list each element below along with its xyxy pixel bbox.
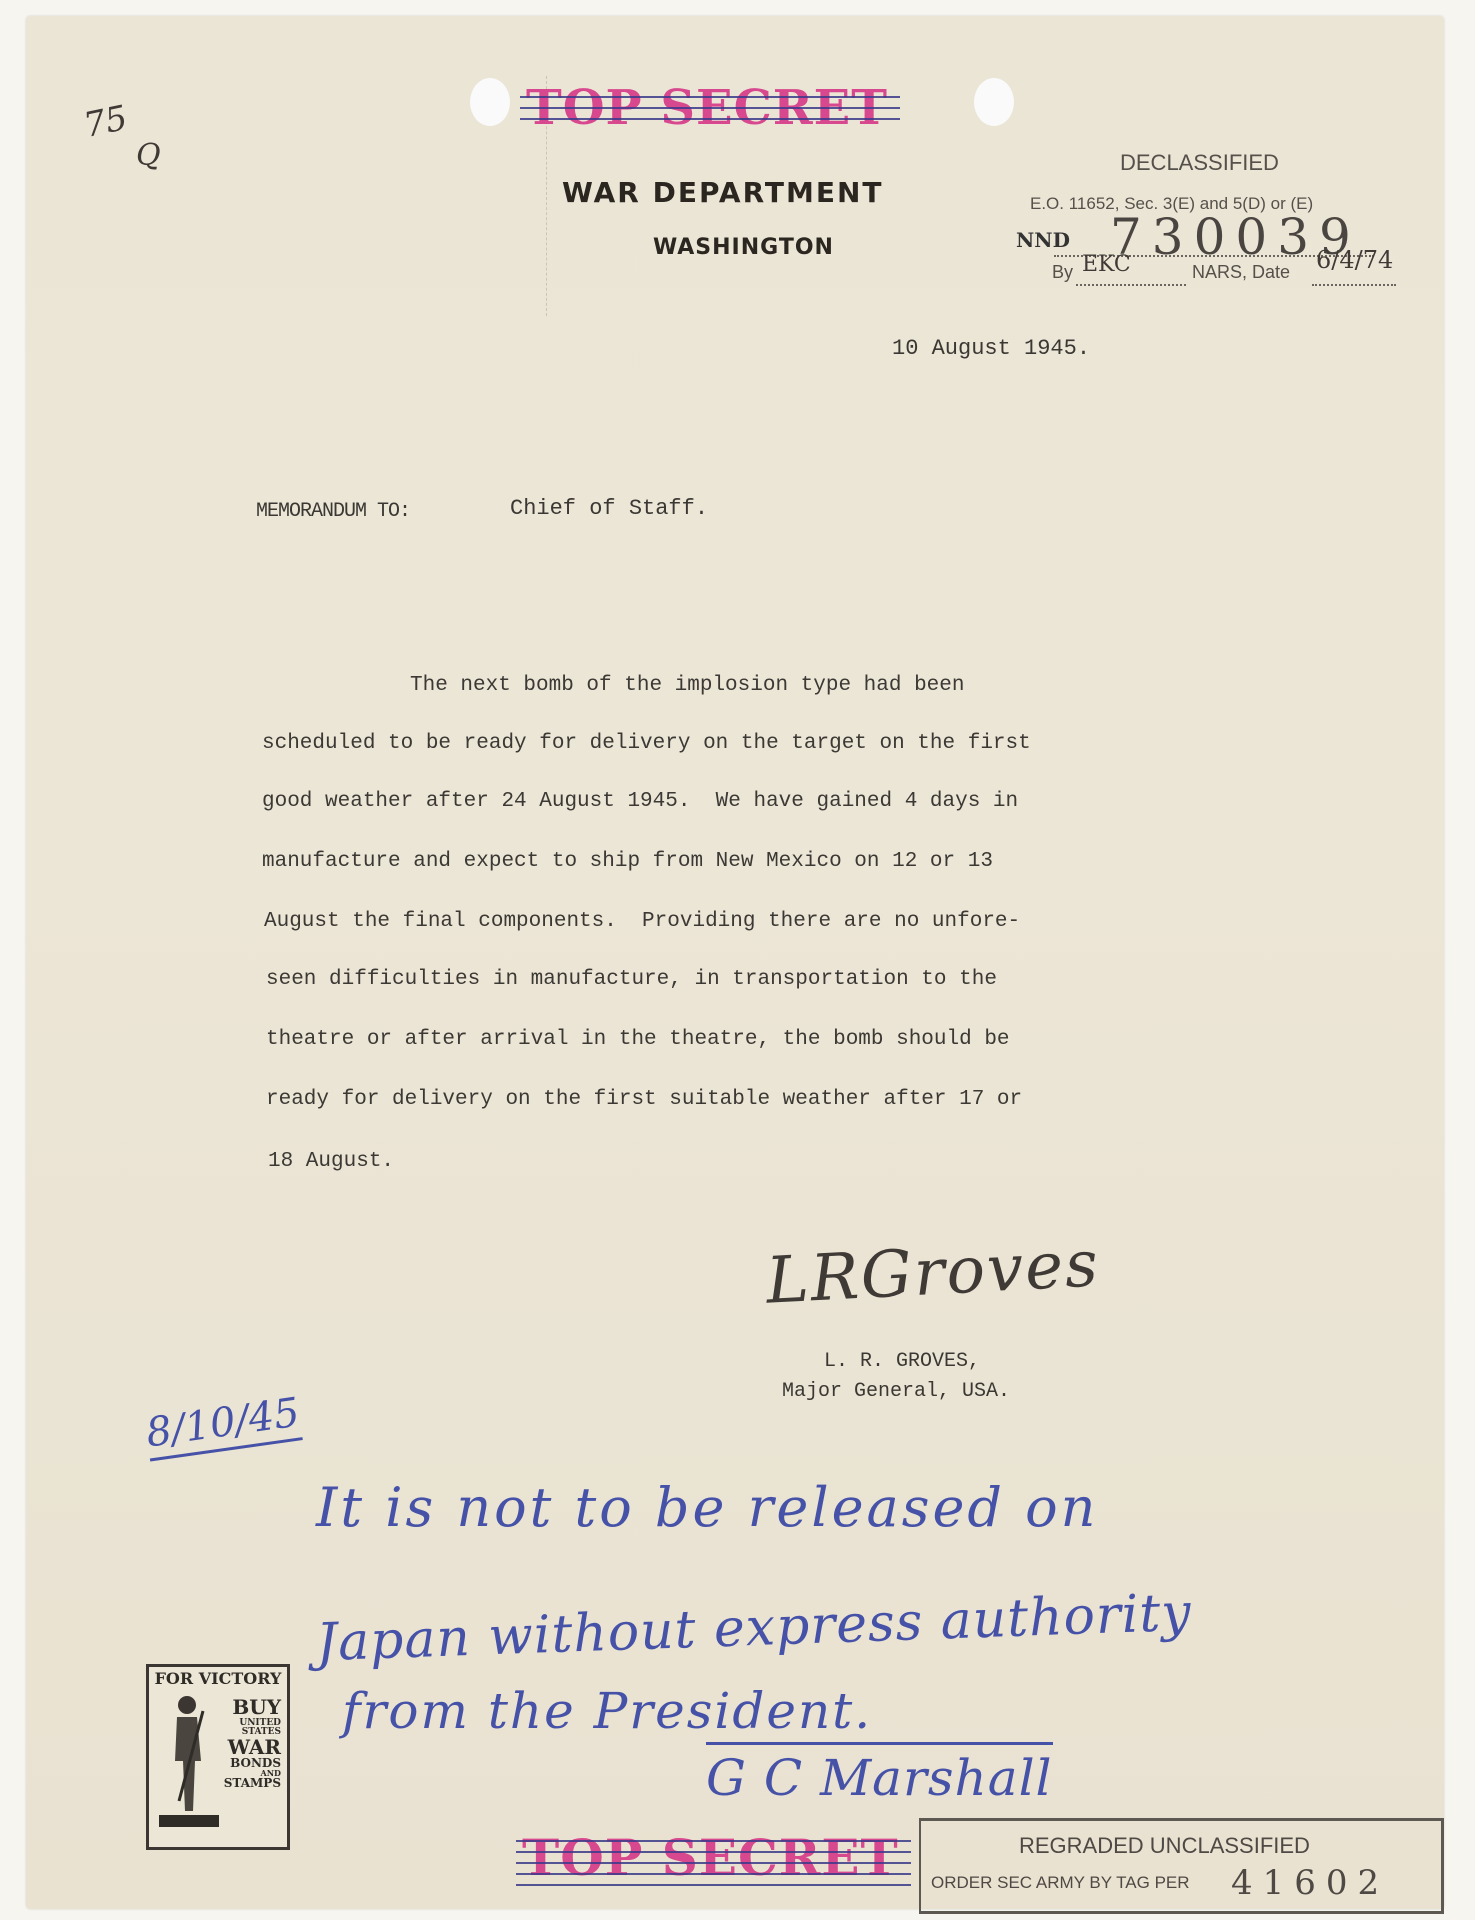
signatory-title: Major General, USA. [782, 1380, 1010, 1403]
regraded-unclassified-stamp: REGRADED UNCLASSIFIED ORDER SEC ARMY BY … [919, 1818, 1444, 1914]
signatory-name: L. R. GROVES, [824, 1350, 980, 1373]
memo-to-label: MEMORANDUM TO: [256, 500, 410, 523]
war-bonds-top: FOR VICTORY [151, 1669, 285, 1688]
body-line-8: ready for delivery on the first suitable… [266, 1088, 1022, 1111]
body-line-2: scheduled to be ready for delivery on th… [262, 732, 1031, 755]
letterhead-city: WASHINGTON [653, 235, 834, 260]
handwritten-signature-groves: LRGroves [764, 1227, 1101, 1318]
body-line-4: manufacture and expect to ship from New … [262, 850, 993, 873]
punch-hole-left [470, 78, 510, 126]
memo-date: 10 August 1945. [892, 336, 1090, 361]
declassified-prefix: NND [1016, 228, 1070, 252]
declassified-heading: DECLASSIFIED [1120, 150, 1279, 176]
declassified-by-label: By [1052, 262, 1073, 283]
body-line-3: good weather after 24 August 1945. We ha… [262, 790, 1018, 813]
regraded-line-1: REGRADED UNCLASSIFIED [1019, 1833, 1310, 1859]
declassified-nars-label: NARS, Date [1192, 262, 1290, 283]
regraded-line-2: ORDER SEC ARMY BY TAG PER [931, 1873, 1190, 1893]
declassified-by-value: EKC [1082, 252, 1131, 277]
margin-note-circle: Q [136, 138, 161, 173]
top-secret-stamp-top: TOP SECRET [526, 80, 888, 136]
body-line-5: August the final components. Providing t… [264, 910, 1020, 933]
body-line-9: 18 August. [268, 1150, 394, 1173]
top-secret-stamp-bottom: TOP SECRET [522, 1828, 899, 1887]
regraded-number: 41602 [1231, 1863, 1389, 1903]
body-line-7: theatre or after arrival in the theatre,… [266, 1028, 1010, 1051]
strike-through-lines-bottom [516, 1840, 911, 1895]
margin-note-number: 75 [80, 98, 131, 146]
strike-through-lines [520, 96, 900, 129]
war-bonds-emblem: FOR VICTORY BUY UNITED STATES WAR BONDS … [146, 1664, 290, 1850]
annotation-line-1: It is not to be released on [316, 1476, 1098, 1539]
declassified-dotted-line-3 [1312, 284, 1396, 286]
annotation-signature-marshall: G C Marshall [706, 1742, 1053, 1807]
punch-hole-right [974, 78, 1014, 126]
document-page: 75 Q TOP SECRET WAR DEPARTMENT WASHINGTO… [26, 16, 1444, 1909]
declassified-date: 6/4/74 [1316, 246, 1393, 274]
body-line-6: seen difficulties in manufacture, in tra… [266, 968, 997, 991]
letterhead-department: WAR DEPARTMENT [562, 176, 884, 209]
memo-to-value: Chief of Staff. [510, 496, 708, 521]
annotation-date: 8/10/45 [143, 1390, 303, 1462]
annotation-line-2: Japan without express authority [315, 1583, 1192, 1674]
minuteman-figure [159, 1691, 219, 1831]
annotation-line-3: from the President. [342, 1682, 872, 1740]
body-line-1: The next bomb of the implosion type had … [410, 674, 965, 697]
declassified-dotted-line-2 [1076, 284, 1186, 286]
war-bonds-text: BUY UNITED STATES WAR BONDS AND STAMPS [224, 1697, 281, 1789]
